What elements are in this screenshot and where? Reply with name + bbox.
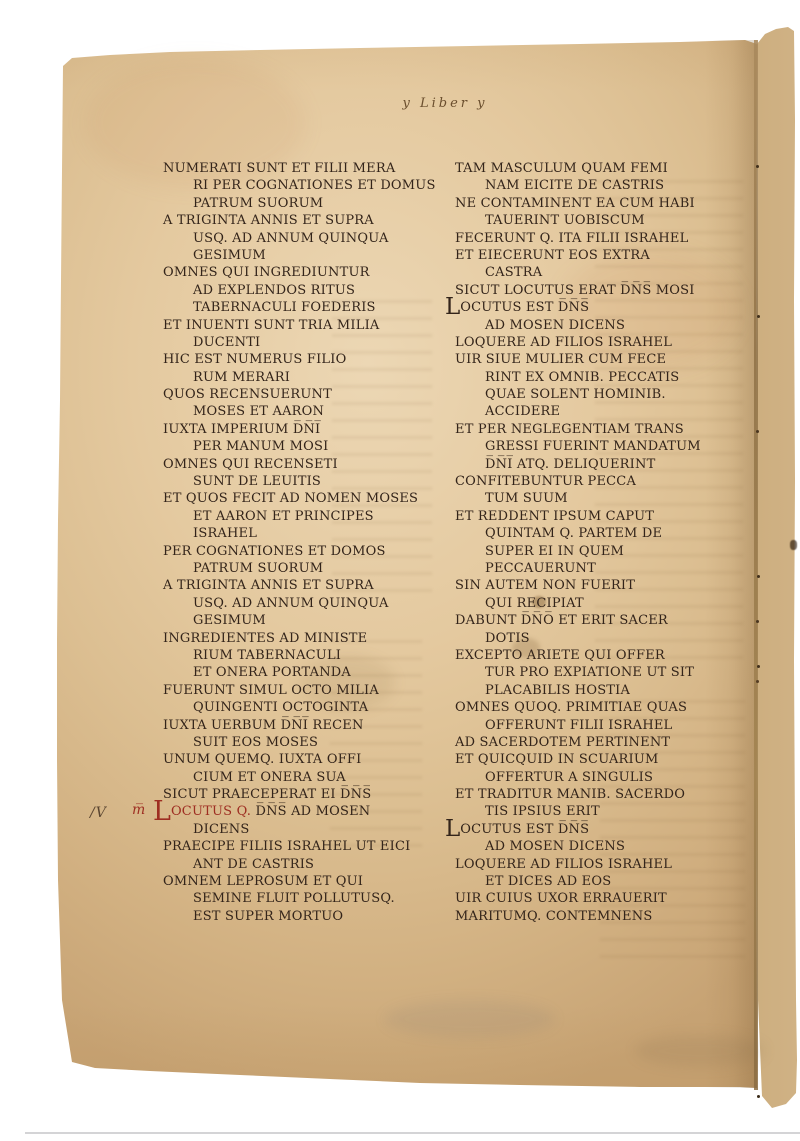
text-line: AD MOSEN DICENS (455, 317, 727, 334)
binding-stitch-dots (756, 165, 759, 168)
text-line: ET INUENTI SUNT TRIA MILIA (163, 317, 431, 334)
large-initial: L (445, 294, 460, 320)
text-line: PER MANUM MOSI (163, 438, 431, 455)
text-line: SUIT EOS MOSES (163, 734, 431, 751)
right-text-column: TAM MASCULUM QUAM FEMINAM EICITE DE CAST… (455, 160, 727, 925)
text-line: NE CONTAMINENT EA CUM HABI (455, 195, 727, 212)
text-line: ET REDDENT IPSUM CAPUT (455, 508, 727, 525)
text-line: DUCENTI (163, 334, 431, 351)
text-line: PRAECIPE FILIIS ISRAHEL UT EICI (163, 838, 431, 855)
text-line: UNUM QUEMQ. IUXTA OFFI (163, 751, 431, 768)
text-line: TUR PRO EXPIATIONE UT SIT (455, 664, 727, 681)
text-line: NUMERATI SUNT ET FILII MERA (163, 160, 431, 177)
text-line: UIR SIUE MULIER CUM FECE (455, 351, 727, 368)
text-line: ET QUOS FECIT AD NOMEN MOSES (163, 490, 431, 507)
text-line: USQ. AD ANNUM QUINQUA (163, 595, 431, 612)
text-line: TIS IPSIUS ERIT (455, 803, 727, 820)
text-line: UIR CUIUS UXOR ERRAUERIT (455, 890, 727, 907)
text-line: FUERUNT SIMUL OCTO MILIA (163, 682, 431, 699)
running-title: y Liber y (380, 96, 510, 111)
text-line: RI PER COGNATIONES ET DOMUS (163, 177, 431, 194)
text-line: TABERNACULI FOEDERIS (163, 299, 431, 316)
text-line: QUINTAM Q. PARTEM DE (455, 525, 727, 542)
text-line: ET PER NEGLEGENTIAM TRANS (455, 421, 727, 438)
page-fold-crease (754, 40, 758, 1090)
text-line: CIUM ET ONERA SUA (163, 769, 431, 786)
text-line: GRESSI FUERINT MANDATUM (455, 438, 727, 455)
text-line: MOSES ET AARON (163, 403, 431, 420)
text-line: AD SACERDOTEM PERTINENT (455, 734, 727, 751)
text-line: USQ. AD ANNUM QUINQUA (163, 230, 431, 247)
text-line: PATRUM SUORUM (163, 560, 431, 577)
text-line: MARITUMQ. CONTEMNENS (455, 908, 727, 925)
text-line: NAM EICITE DE CASTRIS (455, 177, 727, 194)
text-line: OFFERTUR A SINGULIS (455, 769, 727, 786)
large-initial: L (153, 796, 171, 827)
text-line: LOQUERE AD FILIOS ISRAHEL (455, 856, 727, 873)
text-line: IUXTA UERBUM D̅N̅I̅ RECEN (163, 717, 431, 734)
margin-mark-quire: /V (90, 805, 107, 821)
text-line: RIUM TABERNACULI (163, 647, 431, 664)
text-line: LOCUTUS Q. D̅N̅S̅ AD MOSEN (153, 803, 431, 820)
text-line: PECCAUERUNT (455, 560, 727, 577)
text-line: RUM MERARI (163, 369, 431, 386)
text-line: QUAE SOLENT HOMINIB. (455, 386, 727, 403)
text-line: SUPER EI IN QUEM (455, 543, 727, 560)
text-line: CASTRA (455, 264, 727, 281)
text-line: DABUNT D̅N̅O̅ ET ERIT SACER (455, 612, 727, 629)
text-line: LOQUERE AD FILIOS ISRAHEL (455, 334, 727, 351)
text-line: TUM SUUM (455, 490, 727, 507)
text-line: OMNEM LEPROSUM ET QUI (163, 873, 431, 890)
text-line: ACCIDERE (455, 403, 727, 420)
text-line: GESIMUM (163, 247, 431, 264)
text-line: OMNES QUI INGREDIUNTUR (163, 264, 431, 281)
text-line: FECERUNT Q. ITA FILII ISRAHEL (455, 230, 727, 247)
text-line: ISRAHEL (163, 525, 431, 542)
text-line: ET ONERA PORTANDA (163, 664, 431, 681)
text-line: OMNES QUOQ. PRIMITIAE QUAS (455, 699, 727, 716)
text-line: ET AARON ET PRINCIPES (163, 508, 431, 525)
text-line: A TRIGINTA ANNIS ET SUPRA (163, 577, 431, 594)
text-line: LOCUTUS EST D̅N̅S̅ (445, 821, 727, 838)
text-line: ET EIECERUNT EOS EXTRA (455, 247, 727, 264)
text-line: DICENS (163, 821, 431, 838)
text-line: TAM MASCULUM QUAM FEMI (455, 160, 727, 177)
photo-baseline (25, 1132, 800, 1134)
text-line: GESIMUM (163, 612, 431, 629)
left-text-column: NUMERATI SUNT ET FILII MERARI PER COGNAT… (163, 160, 431, 925)
text-line: AD MOSEN DICENS (455, 838, 727, 855)
text-line: OFFERUNT FILII ISRAHEL (455, 717, 727, 734)
text-line: SICUT PRAECEPERAT EI D̅N̅S̅ (163, 786, 431, 803)
text-line: EXCEPTO ARIETE QUI OFFER (455, 647, 727, 664)
large-initial: L (445, 816, 460, 842)
text-line: OMNES QUI RECENSETI (163, 456, 431, 473)
text-line: CONFITEBUNTUR PECCA (455, 473, 727, 490)
text-line: PLACABILIS HOSTIA (455, 682, 727, 699)
text-line: A TRIGINTA ANNIS ET SUPRA (163, 212, 431, 229)
text-line: DOTIS (455, 630, 727, 647)
text-line: SICUT LOCUTUS ERAT D̅N̅S̅ MOSI (455, 282, 727, 299)
text-line: SIN AUTEM NON FUERIT (455, 577, 727, 594)
text-line: ET TRADITUR MANIB. SACERDO (455, 786, 727, 803)
margin-mark-chapter: m̅ (132, 802, 145, 818)
text-line: AD EXPLENDOS RITUS (163, 282, 431, 299)
text-line: ANT DE CASTRIS (163, 856, 431, 873)
text-line: INGREDIENTES AD MINISTE (163, 630, 431, 647)
text-line: ET QUICQUID IN SCUARIUM (455, 751, 727, 768)
text-line: ET DICES AD EOS (455, 873, 727, 890)
text-line: PER COGNATIONES ET DOMOS (163, 543, 431, 560)
text-line: LOCUTUS EST D̅N̅S̅ (445, 299, 727, 316)
text-line: SUNT DE LEUITIS (163, 473, 431, 490)
text-line: IUXTA IMPERIUM D̅N̅I̅ (163, 421, 431, 438)
text-line: RINT EX OMNIB. PECCATIS (455, 369, 727, 386)
manuscript-photo: y Liber y /V m̅ NUMERATI SUNT ET FILII M… (0, 0, 800, 1141)
text-line: QUINGENTI OCTOGINTA (163, 699, 431, 716)
text-line: QUI RECIPIAT (455, 595, 727, 612)
text-line: PATRUM SUORUM (163, 195, 431, 212)
text-line: HIC EST NUMERUS FILIO (163, 351, 431, 368)
text-line: EST SUPER MORTUO (163, 908, 431, 925)
text-line: D̅N̅I̅ ATQ. DELIQUERINT (455, 456, 727, 473)
text-line: QUOS RECENSUERUNT (163, 386, 431, 403)
text-line: SEMINE FLUIT POLLUTUSQ. (163, 890, 431, 907)
text-line: TAUERINT UOBISCUM (455, 212, 727, 229)
